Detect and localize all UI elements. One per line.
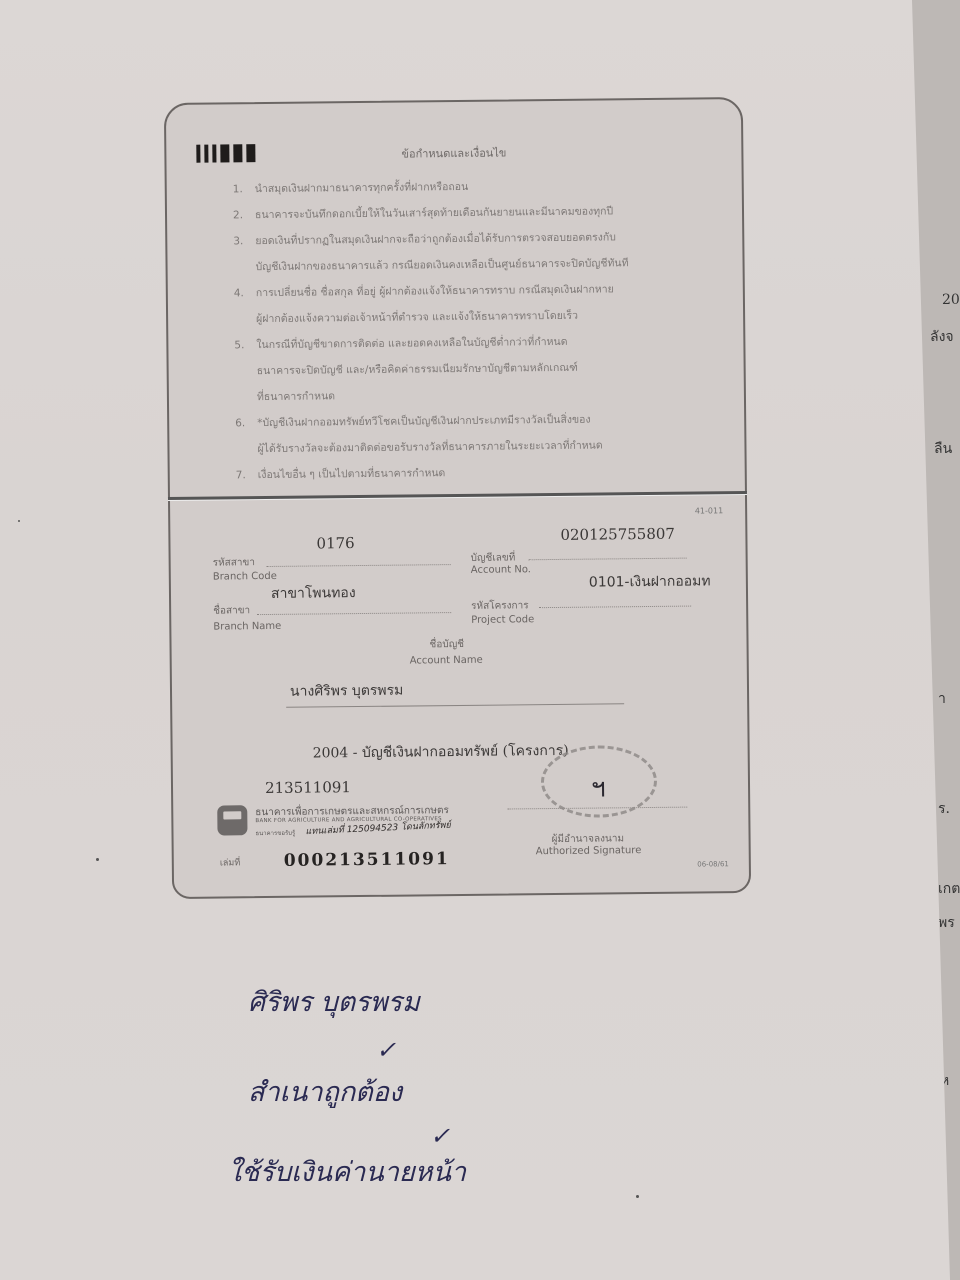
handwritten-name: ศิริพร บุตรพรม bbox=[248, 980, 420, 1023]
account-name-label-en: Account Name bbox=[410, 655, 483, 667]
handwritten-purpose: ใช้รับเงินค่านายหน้า bbox=[228, 1150, 466, 1193]
branch-name-value: สาขาโพนทอง bbox=[271, 582, 356, 605]
branch-name-label-th: ชื่อสาขา bbox=[213, 603, 250, 618]
terms-item-number: 1. bbox=[233, 176, 255, 202]
signature-label-en: Authorized Signature bbox=[536, 845, 642, 857]
terms-item-number bbox=[233, 254, 255, 280]
book-id: 213511091 bbox=[265, 778, 351, 797]
background-text-fragment: ร. bbox=[938, 798, 950, 820]
account-name-line bbox=[286, 703, 624, 708]
terms-item: 7.เงื่อนไขอื่น ๆ เป็นไปตามที่ธนาคารกำหนด bbox=[236, 457, 706, 488]
project-code-line bbox=[539, 605, 691, 609]
terms-item-number bbox=[234, 306, 256, 332]
terms-item-number: 6. bbox=[235, 410, 257, 436]
print-date: 06-08/61 bbox=[697, 860, 729, 868]
background-text-fragment: เกต bbox=[938, 878, 960, 900]
paper-speck bbox=[18, 520, 20, 522]
terms-item-number bbox=[235, 436, 257, 462]
handwritten-certified-copy: สำเนาถูกต้อง bbox=[248, 1070, 402, 1113]
passbook-copy: ข้อกำหนดและเงื่อนไข 1.นำสมุดเงินฝากมาธนา… bbox=[164, 97, 751, 899]
bank-note-label: ธนาคารขอรับรู้ bbox=[255, 828, 295, 838]
terms-list: 1.นำสมุดเงินฝากมาธนาคารทุกครั้งที่ฝากหรื… bbox=[233, 171, 706, 488]
branch-name-line bbox=[257, 611, 451, 615]
account-form: 41-011 0176 รหัสสาขา Branch Code 0201257… bbox=[170, 494, 749, 897]
background-text-fragment: ลืน bbox=[934, 438, 952, 460]
account-type: 2004 - บัญชีเงินฝากออมทรัพย์ (โครงการ) bbox=[313, 740, 569, 765]
baac-logo-icon bbox=[217, 805, 247, 835]
terms-item-number bbox=[235, 384, 257, 410]
project-code-label-en: Project Code bbox=[471, 614, 534, 626]
terms-item-number: 5. bbox=[234, 332, 256, 358]
branch-code-line bbox=[267, 563, 451, 567]
terms-item-number: 4. bbox=[234, 280, 256, 306]
account-no-label-en: Account No. bbox=[471, 564, 531, 576]
background-text-fragment: า bbox=[938, 688, 946, 710]
account-name-label-th: ชื่อบัญชี bbox=[429, 637, 464, 652]
background-text-fragment: พร bbox=[938, 912, 955, 934]
terms-section: ข้อกำหนดและเงื่อนไข 1.นำสมุดเงินฝากมาธนา… bbox=[166, 99, 745, 497]
branch-code-label-en: Branch Code bbox=[213, 571, 277, 583]
serial-label: เล่มที่ bbox=[220, 855, 241, 869]
paper-speck bbox=[96, 858, 99, 861]
serial-number: 000213511091 bbox=[284, 849, 450, 871]
account-name-value: นางศิริพร บุตรพรม bbox=[290, 680, 404, 703]
form-code: 41-011 bbox=[695, 506, 723, 515]
project-code-label-th: รหัสโครงการ bbox=[471, 598, 529, 614]
branch-code-label-th: รหัสสาขา bbox=[213, 555, 255, 570]
terms-item-text: เงื่อนไขอื่น ๆ เป็นไปตามที่ธนาคารกำหนด bbox=[258, 457, 706, 488]
terms-item-number: 7. bbox=[236, 462, 258, 488]
branch-name-label-en: Branch Name bbox=[213, 621, 281, 633]
account-no-value: 020125755807 bbox=[560, 525, 675, 544]
paper-speck bbox=[636, 1195, 639, 1198]
background-text-fragment: ลังจ bbox=[930, 326, 954, 348]
terms-item-number bbox=[235, 358, 257, 384]
branch-code-value: 0176 bbox=[316, 534, 354, 552]
signature-mark: ฯ bbox=[591, 767, 606, 808]
account-no-line bbox=[529, 557, 687, 561]
background-text-fragment: 20 bbox=[942, 292, 960, 308]
project-code-value: 0101-เงินฝากออมท bbox=[589, 570, 711, 593]
terms-item-number: 2. bbox=[233, 202, 255, 228]
check-mark-icon: ✓ bbox=[376, 1036, 396, 1064]
check-mark-icon: ✓ bbox=[430, 1122, 450, 1150]
terms-item-number: 3. bbox=[233, 228, 255, 254]
